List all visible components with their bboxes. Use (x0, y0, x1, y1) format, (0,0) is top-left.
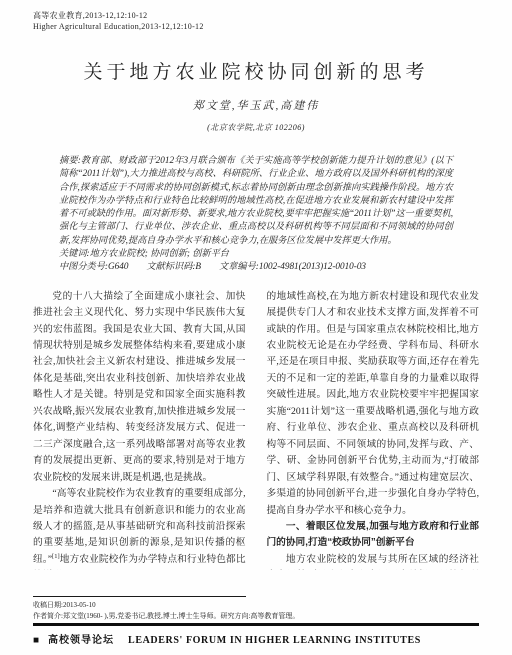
keywords-text: 地方农业院校; 协同创新; 创新平台 (90, 248, 229, 258)
reference-marker: [1] (52, 553, 60, 560)
author-bio-line: 作者简介:郑文堂(1960- ),男,党委书记,教授,博士,博士生导师。研究方向… (33, 611, 479, 622)
keywords-line: 关键词:地方农业院校; 协同创新; 创新平台 (59, 247, 453, 260)
journal-header: 高等农业教育,2013-12,12:10-12 Higher Agricultu… (33, 10, 479, 32)
square-marker-icon: ■ (33, 635, 40, 646)
affiliation: (北京农学院,北京 102206) (33, 122, 479, 133)
article-title: 关于地方农业院校协同创新的思考 (33, 57, 479, 84)
keywords-label: 关键词: (59, 248, 90, 258)
received-date-line: 收稿日期:2013-05-10 (33, 600, 479, 611)
body-text: 地方农业院校作为办学特点和行业特色都比较鲜明 (33, 554, 246, 570)
section-heading-1: 一、着眼区位发展,加强与地方政府和行业部门的协同,打造“校政协同”创新平台 (267, 519, 480, 552)
body-paragraph: 党的十八大描绘了全面建成小康社会、加快推进社会主义现代化、努力实现中华民族伟大复… (33, 289, 246, 486)
paper-page: 高等农业教育,2013-12,12:10-12 Higher Agricultu… (0, 0, 512, 655)
footnote-divider (33, 596, 246, 597)
footnote-block: 收稿日期:2013-05-10 作者简介:郑文堂(1960- ),男,党委书记,… (33, 596, 479, 621)
footer-section-cn: 高校领导论坛 (48, 631, 114, 646)
abstract-label: 摘要: (59, 155, 81, 165)
clc-line: 中图分类号:G640文献标识码:B文章编号:1002-4981(2013)12-… (59, 260, 453, 273)
journal-line-cn: 高等农业教育,2013-12,12:10-12 (33, 10, 479, 21)
footer-text: ■ 高校领导论坛 LEADERS' FORUM IN HIGHER LEARNI… (33, 631, 479, 646)
authors: 郑文堂,华玉武,高建伟 (33, 97, 479, 113)
bio-label: 作者简介: (33, 612, 63, 620)
journal-line-en: Higher Agricultural Education,2013-12,12… (33, 21, 479, 32)
right-column: 的地域性高校,在为地方新农村建设和现代农业发展提供专门人才和农业技术支撑方面,发… (267, 289, 480, 570)
abstract-text: 教育部、财政部于2012年3月联合颁布《关于实施高等学校创新能力提升计划的意见》… (59, 155, 453, 245)
page-footer: ■ 高校领导论坛 LEADERS' FORUM IN HIGHER LEARNI… (33, 623, 479, 646)
received-label: 收稿日期: (33, 601, 63, 609)
body-columns: 党的十八大描绘了全面建成小康社会、加快推进社会主义现代化、努力实现中华民族伟大复… (33, 289, 479, 570)
clc-number: 中图分类号:G640 (59, 261, 128, 271)
left-column: 党的十八大描绘了全面建成小康社会、加快推进社会主义现代化、努力实现中华民族伟大复… (33, 289, 246, 570)
received-value: 2013-05-10 (63, 601, 96, 609)
article-id: 文章编号:1002-4981(2013)12-0010-03 (219, 261, 366, 271)
body-paragraph: “高等农业院校作为农业教育的重要组成部分,是培养和造就大批具有创新意识和能力的农… (33, 486, 246, 570)
body-paragraph: 的地域性高校,在为地方新农村建设和现代农业发展提供专门人才和农业技术支撑方面,发… (267, 289, 480, 519)
bio-value: 郑文堂(1960- ),男,党委书记,教授,博士,博士生导师。研究方向:高等教育… (63, 612, 299, 620)
footer-section-en: LEADERS' FORUM IN HIGHER LEARNING INSTIT… (128, 635, 421, 646)
abstract-block: 摘要:教育部、财政部于2012年3月联合颁布《关于实施高等学校创新能力提升计划的… (59, 154, 453, 274)
abstract-paragraph: 摘要:教育部、财政部于2012年3月联合颁布《关于实施高等学校创新能力提升计划的… (59, 154, 453, 247)
body-paragraph: 地方农业院校的发展与其所在区域的经济社会发展特别是农业产业发展互为前提。尽管每所… (267, 552, 480, 570)
footer-divider (33, 623, 479, 626)
doc-code: 文献标识码:B (146, 261, 201, 271)
